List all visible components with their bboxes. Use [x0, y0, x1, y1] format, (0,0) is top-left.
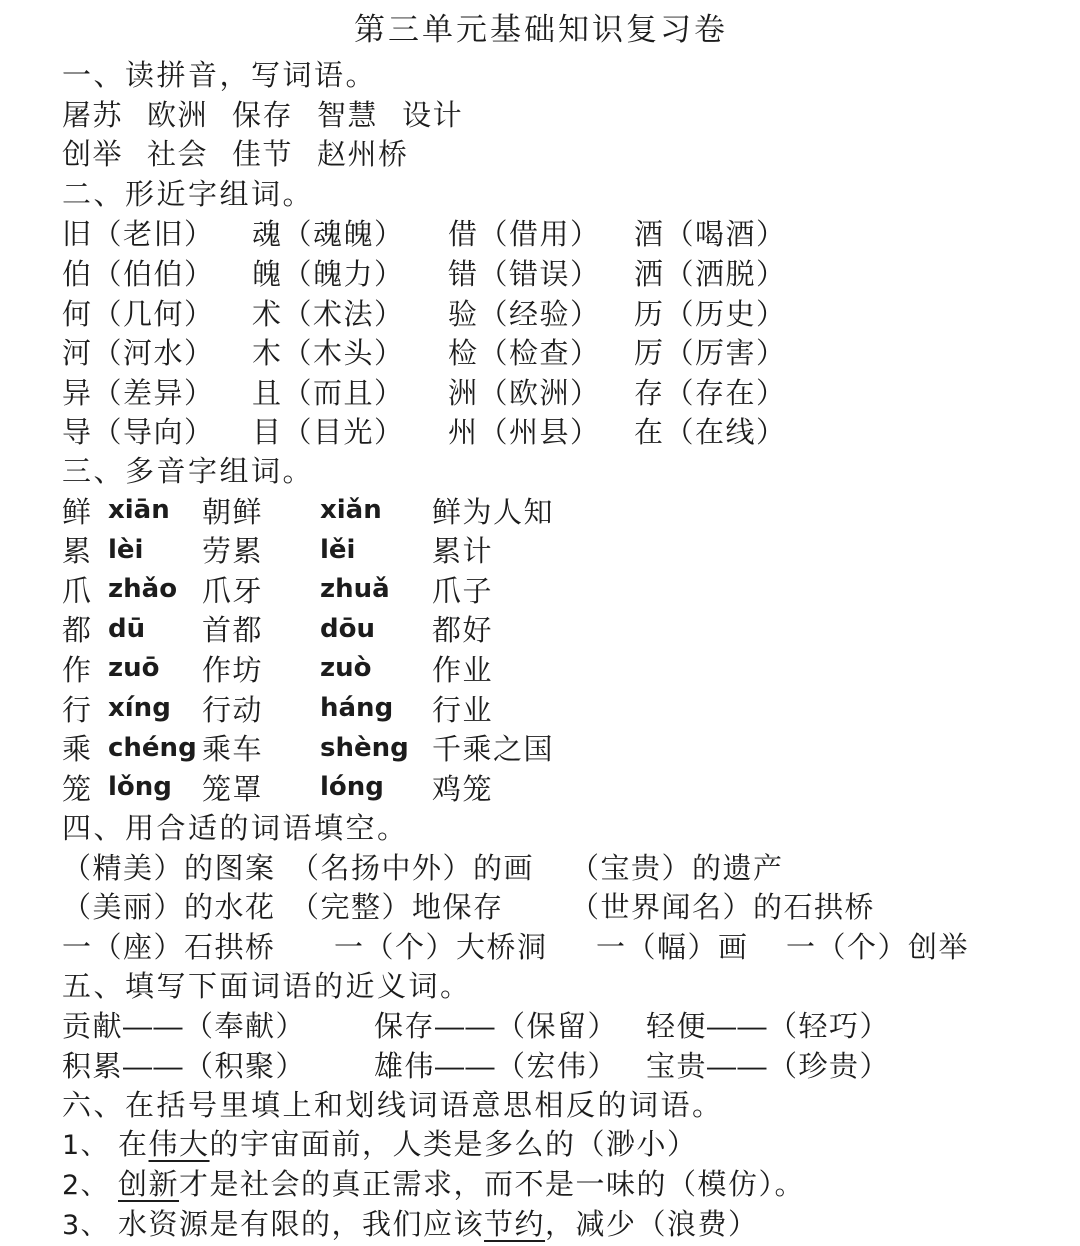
polyphone-row: 行 xíng 行动 háng 行业: [62, 688, 1050, 728]
polyphone-row: 乘 chéng 乘车 shèng 千乘之国: [62, 727, 1050, 767]
pinyin-2: xiǎn: [320, 495, 432, 525]
polyphone-row: 鲜 xiān 朝鲜 xiǎn 鲜为人知: [62, 490, 1050, 530]
polyphone-char: 乘: [62, 727, 108, 768]
char-pair-cell: 何（几何）: [62, 292, 252, 333]
fill-blank-row: （精美）的图案 （名扬中外）的画 （宝贵）的遗产: [62, 846, 1050, 886]
char-pair-cell: 目（目光）: [252, 410, 448, 451]
word-2: 行业: [432, 688, 1050, 729]
measure-word-row: 一（座）石拱桥 一（个）大桥洞 一（幅）画 一（个）创举: [62, 925, 1050, 965]
char-pair-row: 河（河水） 木（木头） 检（检查） 厉（厉害）: [62, 331, 1050, 371]
polyphone-row: 累 lèi 劳累 lěi 累计: [62, 529, 1050, 569]
word-1: 作坊: [202, 648, 320, 689]
polyphone-char: 累: [62, 529, 108, 570]
word-1: 朝鲜: [202, 490, 320, 531]
word-2: 都好: [432, 608, 1050, 649]
pinyin-1: xiān: [108, 495, 202, 525]
char-pair-cell: 存（存在）: [634, 371, 1050, 412]
word-1: 首都: [202, 608, 320, 649]
fill-blank-item: （精美）的图案: [62, 846, 290, 887]
char-pair-cell: 魂（魂魄）: [252, 212, 448, 253]
word-2: 爪子: [432, 569, 1050, 610]
char-pair-cell: 酒（喝酒）: [634, 212, 1050, 253]
char-pair-row: 伯（伯伯） 魄（魄力） 错（错误） 洒（洒脱）: [62, 252, 1050, 292]
measure-word-item: 一（个）大桥洞: [334, 925, 596, 966]
sentence-text-post: 的宇宙面前，人类是多么的（渺小）: [210, 1122, 698, 1163]
word-2: 鸡笼: [432, 767, 1050, 808]
pinyin-2: lěi: [320, 535, 432, 565]
word-item: 屠苏: [62, 93, 123, 134]
char-pair-row: 旧（老旧） 魂（魂魄） 借（借用） 酒（喝酒）: [62, 212, 1050, 252]
pinyin-words-row-1: 屠苏 欧洲 保存 智慧 设计: [62, 94, 1050, 134]
char-pair-row: 何（几何） 术（术法） 验（经验） 历（历史）: [62, 292, 1050, 332]
underlined-word: 伟大: [149, 1122, 210, 1163]
word-1: 乘车: [202, 727, 320, 768]
polyphone-char: 鲜: [62, 490, 108, 531]
polyphone-row: 爪 zhǎo 爪牙 zhuǎ 爪子: [62, 569, 1050, 609]
fill-blank-row: （美丽）的水花 （完整）地保存 （世界闻名）的石拱桥: [62, 885, 1050, 925]
char-pair-cell: 伯（伯伯）: [62, 252, 252, 293]
char-pair-cell: 河（河水）: [62, 331, 252, 372]
char-pair-cell: 且（而且）: [252, 371, 448, 412]
word-item: 赵州桥: [317, 132, 409, 173]
sentence-text-pre: 水资源是有限的，我们应该: [118, 1202, 484, 1243]
sentence-text-post: 才是社会的真正需求，而不是一味的（模仿）。: [179, 1162, 805, 1203]
sentence-text-post: ，减少（浪费）: [545, 1202, 759, 1243]
section-2-heading: 二、形近字组词。: [62, 173, 1050, 213]
section-3-heading: 三、多音字组词。: [62, 450, 1050, 490]
pinyin-2: shèng: [320, 733, 432, 763]
polyphone-char: 爪: [62, 569, 108, 610]
word-item: 保存: [232, 93, 293, 134]
antonym-sentence-1: 1、 在 伟大 的宇宙面前，人类是多么的（渺小）: [62, 1123, 1050, 1163]
pinyin-1: lèi: [108, 535, 202, 565]
underlined-word: 创新: [118, 1162, 179, 1203]
char-pair-cell: 导（导向）: [62, 410, 252, 451]
synonym-item: 保存——（保留）: [374, 1004, 646, 1045]
pinyin-2: lóng: [320, 772, 432, 802]
word-item: 佳节: [232, 132, 293, 173]
pinyin-1: lǒng: [108, 772, 202, 802]
word-item: 创举: [62, 132, 123, 173]
measure-word-item: 一（幅）画: [596, 925, 786, 966]
pinyin-2: dōu: [320, 614, 432, 644]
word-item: 社会: [147, 132, 208, 173]
polyphone-row: 都 dū 首都 dōu 都好: [62, 608, 1050, 648]
pinyin-words-row-2: 创举 社会 佳节 赵州桥: [62, 133, 1050, 173]
word-1: 笼罩: [202, 767, 320, 808]
polyphone-row: 笼 lǒng 笼罩 lóng 鸡笼: [62, 767, 1050, 807]
sentence-number: 2、: [62, 1163, 118, 1202]
pinyin-2: zuò: [320, 653, 432, 683]
pinyin-2: zhuǎ: [320, 574, 432, 604]
char-pair-cell: 异（差异）: [62, 371, 252, 412]
char-pair-row: 异（差异） 且（而且） 洲（欧洲） 存（存在）: [62, 371, 1050, 411]
char-pair-cell: 旧（老旧）: [62, 212, 252, 253]
pinyin-1: chéng: [108, 733, 202, 763]
word-1: 行动: [202, 688, 320, 729]
pinyin-2: háng: [320, 693, 432, 723]
sentence-number: 1、: [62, 1123, 118, 1162]
word-item: 设计: [402, 93, 463, 134]
synonym-row: 贡献——（奉献） 保存——（保留） 轻便——（轻巧）: [62, 1004, 1050, 1044]
synonym-item: 轻便——（轻巧）: [646, 1004, 1050, 1045]
pinyin-1: dū: [108, 614, 202, 644]
char-pair-cell: 洒（洒脱）: [634, 252, 1050, 293]
polyphone-char: 行: [62, 688, 108, 729]
synonym-item: 雄伟——（宏伟）: [374, 1044, 646, 1085]
polyphone-char: 笼: [62, 767, 108, 808]
synonym-item: 贡献——（奉献）: [62, 1004, 374, 1045]
antonym-sentence-3: 3、 水资源是有限的，我们应该 节约 ，减少（浪费）: [62, 1202, 1050, 1242]
char-pair-cell: 检（检查）: [448, 331, 634, 372]
section-4-heading: 四、用合适的词语填空。: [62, 806, 1050, 846]
word-2: 累计: [432, 529, 1050, 570]
fill-blank-item: （完整）地保存: [290, 885, 570, 926]
pinyin-1: zuō: [108, 653, 202, 683]
sentence-number: 3、: [62, 1203, 118, 1242]
word-item: 欧洲: [147, 93, 208, 134]
synonym-item: 积累——（积聚）: [62, 1044, 374, 1085]
fill-blank-item: （名扬中外）的画: [290, 846, 570, 887]
word-2: 千乘之国: [432, 727, 1050, 768]
char-pair-cell: 木（木头）: [252, 331, 448, 372]
pinyin-1: zhǎo: [108, 574, 202, 604]
polyphone-row: 作 zuō 作坊 zuò 作业: [62, 648, 1050, 688]
char-pair-cell: 厉（厉害）: [634, 331, 1050, 372]
char-pair-cell: 洲（欧洲）: [448, 371, 634, 412]
section-5-heading: 五、填写下面词语的近义词。: [62, 965, 1050, 1005]
char-pair-cell: 术（术法）: [252, 292, 448, 333]
word-1: 爪牙: [202, 569, 320, 610]
worksheet-title: 第三单元基础知识复习卷: [62, 6, 1020, 54]
char-pair-cell: 历（历史）: [634, 292, 1050, 333]
polyphone-char: 作: [62, 648, 108, 689]
section-1-heading: 一、读拼音，写词语。: [62, 54, 1050, 94]
fill-blank-item: （世界闻名）的石拱桥: [570, 885, 1050, 926]
char-pair-cell: 错（错误）: [448, 252, 634, 293]
word-2: 作业: [432, 648, 1050, 689]
char-pair-cell: 州（州县）: [448, 410, 634, 451]
sentence-text-pre: 在: [118, 1122, 149, 1163]
char-pair-cell: 在（在线）: [634, 410, 1050, 451]
underlined-word: 节约: [484, 1202, 545, 1243]
char-pair-cell: 借（借用）: [448, 212, 634, 253]
measure-word-item: 一（个）创举: [786, 925, 1050, 966]
synonym-item: 宝贵——（珍贵）: [646, 1044, 1050, 1085]
fill-blank-item: （美丽）的水花: [62, 885, 290, 926]
char-pair-cell: 魄（魄力）: [252, 252, 448, 293]
char-pair-row: 导（导向） 目（目光） 州（州县） 在（在线）: [62, 410, 1050, 450]
word-2: 鲜为人知: [432, 490, 1050, 531]
synonym-row: 积累——（积聚） 雄伟——（宏伟） 宝贵——（珍贵）: [62, 1044, 1050, 1084]
polyphone-char: 都: [62, 608, 108, 649]
worksheet-page: 第三单元基础知识复习卷 一、读拼音，写词语。 屠苏 欧洲 保存 智慧 设计 创举…: [0, 0, 1080, 1242]
char-pair-cell: 验（经验）: [448, 292, 634, 333]
word-item: 智慧: [317, 93, 378, 134]
antonym-sentence-2: 2、 创新 才是社会的真正需求，而不是一味的（模仿）。: [62, 1163, 1050, 1203]
section-6-heading: 六、在括号里填上和划线词语意思相反的词语。: [62, 1083, 1050, 1123]
pinyin-1: xíng: [108, 693, 202, 723]
fill-blank-item: （宝贵）的遗产: [570, 846, 1050, 887]
word-1: 劳累: [202, 529, 320, 570]
measure-word-item: 一（座）石拱桥: [62, 925, 334, 966]
